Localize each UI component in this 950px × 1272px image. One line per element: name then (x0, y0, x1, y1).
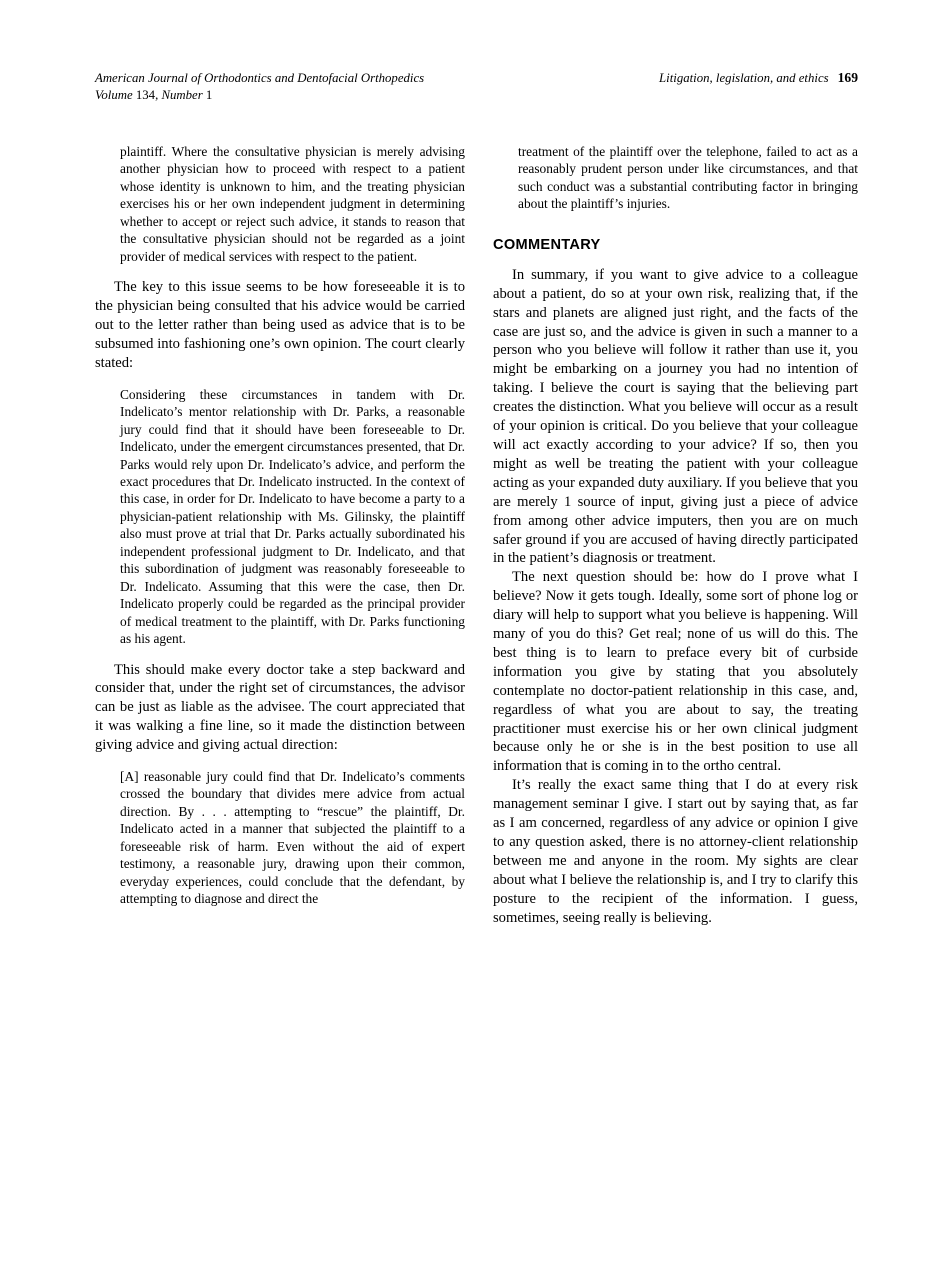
running-header: American Journal of Orthodontics and Den… (95, 70, 858, 103)
block-quote-jury-finding: [A] reasonable jury could find that Dr. … (120, 768, 465, 908)
section-heading-commentary: COMMENTARY (493, 237, 858, 253)
journal-volume-line: Volume 134, Number 1 (95, 87, 424, 104)
left-column: plaintiff. Where the consultative physic… (95, 143, 465, 928)
paragraph: This should make every doctor take a ste… (95, 661, 465, 756)
block-quote-continuation: treatment of the plaintiff over the tele… (518, 143, 858, 213)
paragraph: In summary, if you want to give advice t… (493, 266, 858, 569)
issue-number: 1 (206, 88, 212, 102)
running-title-block: Litigation, legislation, and ethics169 (659, 70, 858, 87)
journal-title: American Journal of Orthodontics and Den… (95, 70, 424, 87)
page-number: 169 (838, 70, 858, 85)
journal-identification: American Journal of Orthodontics and Den… (95, 70, 424, 103)
block-quote-continued: plaintiff. Where the consultative physic… (120, 143, 465, 265)
paragraph: The next question should be: how do I pr… (493, 568, 858, 776)
volume-label: Volume (95, 88, 133, 102)
paragraph: The key to this issue seems to be how fo… (95, 278, 465, 373)
number-label: Number (161, 88, 202, 102)
right-column: treatment of the plaintiff over the tele… (493, 143, 858, 928)
volume-number: 134, (136, 88, 158, 102)
paragraph: It’s really the exact same thing that I … (493, 776, 858, 927)
article-body: plaintiff. Where the consultative physic… (95, 143, 858, 928)
block-quote-court-statement: Considering these circumstances in tande… (120, 386, 465, 648)
running-title: Litigation, legislation, and ethics (659, 71, 829, 85)
journal-page: American Journal of Orthodontics and Den… (0, 0, 950, 1272)
